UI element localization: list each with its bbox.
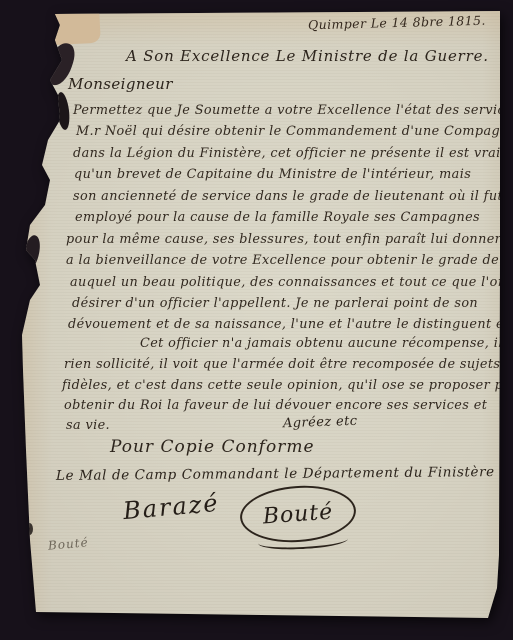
torn-corner-tab [47, 9, 101, 46]
signature-paraph-flourish [258, 531, 349, 552]
body-line: employé pour la cause de la famille Roya… [75, 211, 480, 225]
body-line: auquel un beau politique, des connaissan… [70, 276, 513, 290]
body-line: a la bienveillance de votre Excellence p… [66, 254, 513, 268]
body-line: obtenir du Roi la faveur de lui dévouer … [64, 399, 487, 413]
pencil-annotation: Bouté [48, 536, 90, 553]
body-line: qu'un brevet de Capitaine du Ministre de… [74, 168, 471, 182]
certifier-title: Le Mal de Camp Commandant le Département… [56, 465, 495, 484]
signature-boute: Bouté [262, 499, 334, 529]
body-line: pour la même cause, ses blessures, tout … [66, 233, 513, 247]
body-line: sa vie. [66, 419, 110, 433]
addressee-line: A Son Excellence Le Ministre de la Guerr… [126, 48, 489, 65]
closing-line: Agréez etc [283, 415, 358, 432]
body-line: fidèles, et c'est dans cette seule opini… [62, 379, 513, 393]
body-line: rien sollicité, il voit que l'armée doit… [64, 358, 500, 372]
body-line: désirer d'un officier l'appellent. Je ne… [72, 297, 478, 311]
body-line: Permettez que Je Soumette a votre Excell… [73, 104, 513, 118]
torn-edge-mark [20, 234, 43, 273]
signature-flourish-left: Barazé [122, 490, 221, 525]
body-line: dévouement et de sa naissance, l'une et … [68, 318, 513, 332]
body-line: M.r Noël qui désire obtenir le Commandem… [76, 125, 513, 139]
body-line: son ancienneté de service dans le grade … [73, 190, 503, 204]
paper-shadow-wrap: Quimper Le 14 8bre 1815. A Son Excellenc… [0, 0, 513, 640]
salutation: Monseigneur [68, 76, 173, 93]
scanned-letter-page: Quimper Le 14 8bre 1815. A Son Excellenc… [0, 0, 513, 640]
torn-edge-mark [55, 91, 72, 130]
dateline: Quimper Le 14 8bre 1815. [308, 14, 486, 32]
body-line: Cet officier n'a jamais obtenu aucune ré… [140, 337, 513, 351]
body-line: dans la Légion du Finistère, cet officie… [73, 147, 501, 161]
letter-paper: Quimper Le 14 8bre 1815. A Son Excellenc… [18, 8, 508, 626]
certification-line: Pour Copie Conforme [110, 438, 315, 457]
torn-edge-mark [26, 523, 33, 535]
